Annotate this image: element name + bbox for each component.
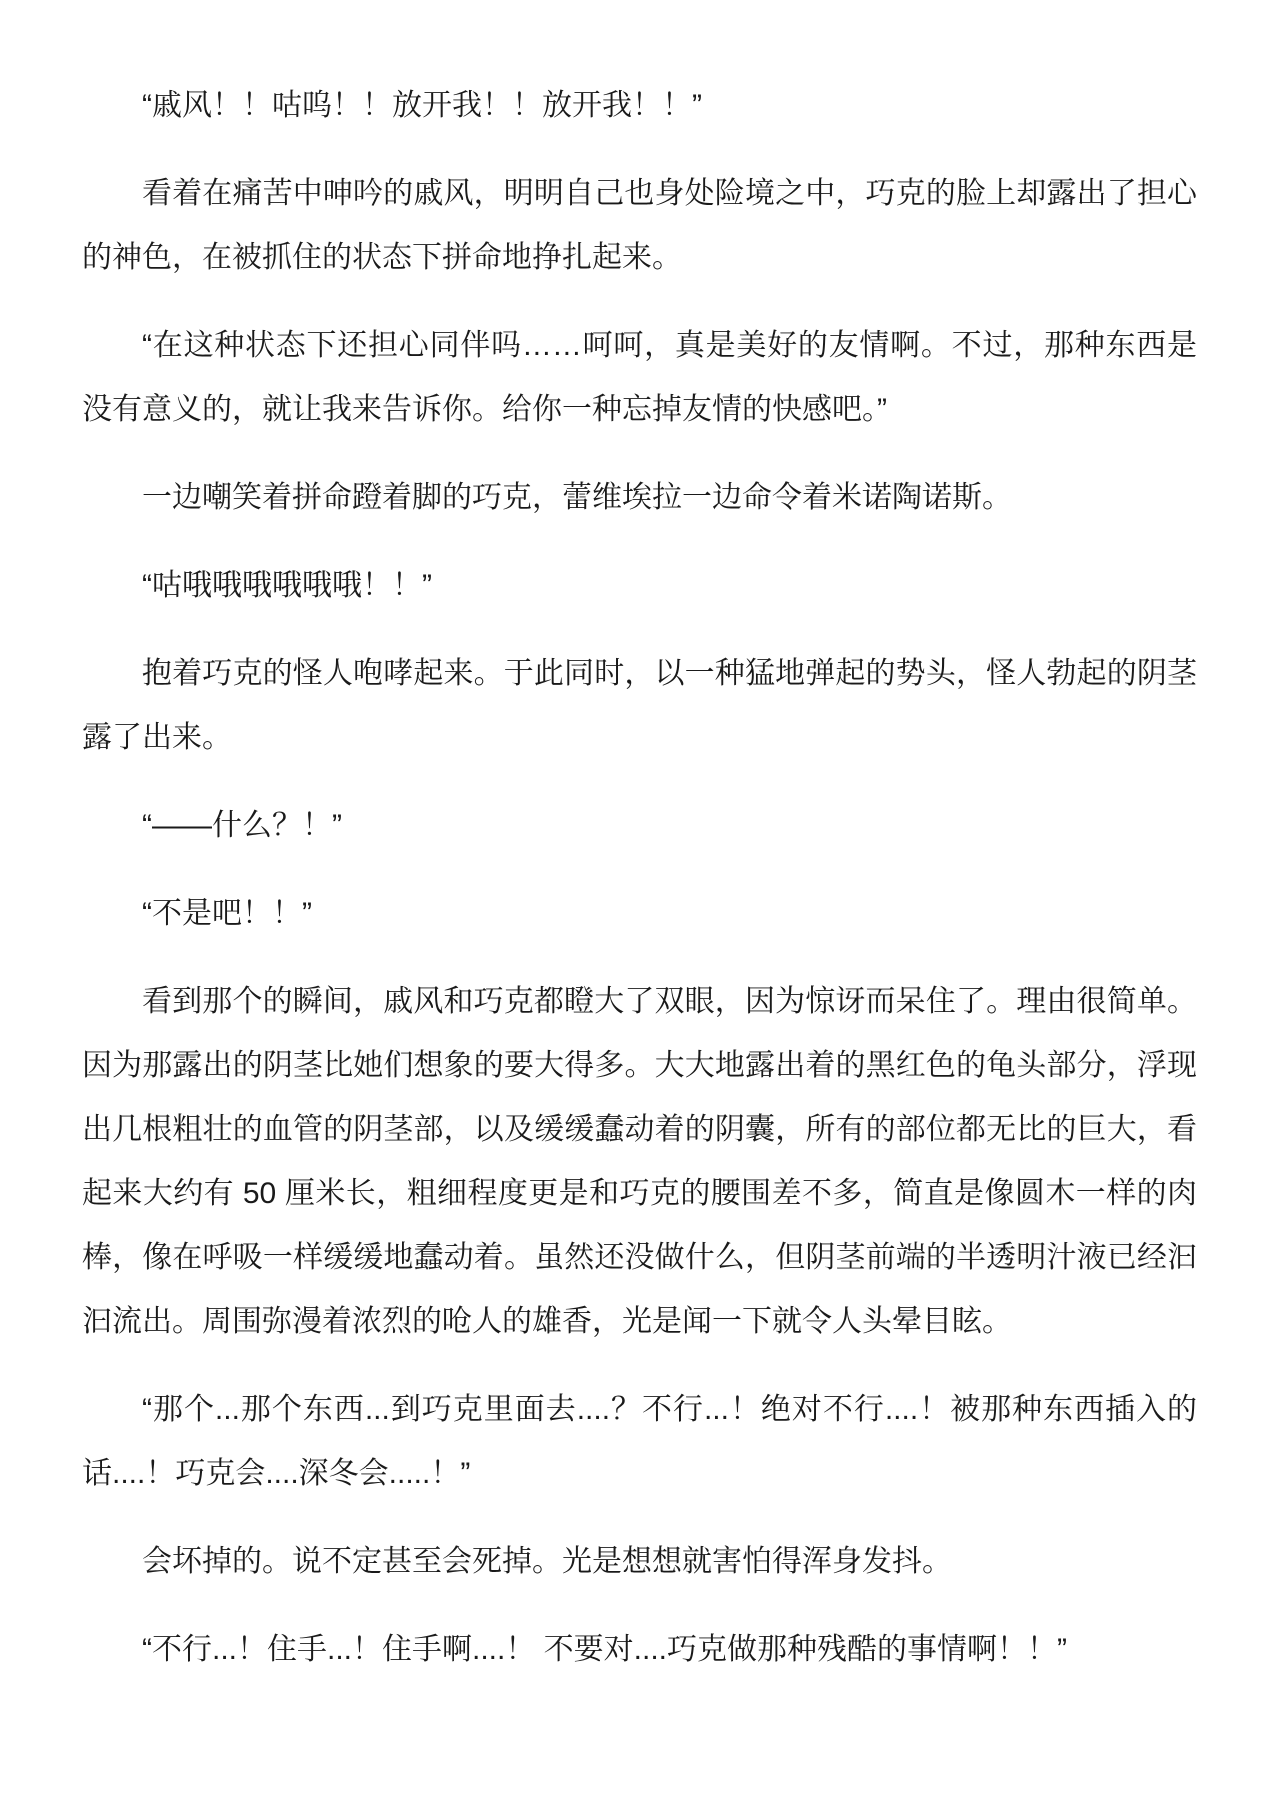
dialogue-paragraph-1: “戚风！！咕呜！！放开我！！放开我！！” [82, 74, 1197, 138]
document-page: “戚风！！咕呜！！放开我！！放开我！！” 看着在痛苦中呻吟的戚风，明明自己也身处… [0, 0, 1280, 1810]
narration-paragraph-4: 一边嘲笑着拼命蹬着脚的巧克，蕾维埃拉一边命令着米诺陶诺斯。 [82, 466, 1197, 530]
narration-paragraph-6: 抱着巧克的怪人咆哮起来。于此同时，以一种猛地弹起的势头，怪人勃起的阴茎露了出来。 [82, 642, 1197, 770]
narration-paragraph-11: 会坏掉的。说不定甚至会死掉。光是想想就害怕得浑身发抖。 [82, 1530, 1197, 1594]
dialogue-paragraph-7: “——什么？！” [82, 794, 1197, 858]
dialogue-paragraph-12: “不行...！住手...！住手啊....！ 不要对....巧克做那种残酷的事情啊… [82, 1618, 1197, 1682]
narration-paragraph-2: 看着在痛苦中呻吟的戚风，明明自己也身处险境之中，巧克的脸上却露出了担心的神色，在… [82, 162, 1197, 290]
dialogue-paragraph-3: “在这种状态下还担心同伴吗……呵呵，真是美好的友情啊。不过，那种东西是没有意义的… [82, 314, 1197, 442]
dialogue-paragraph-8: “不是吧！！” [82, 882, 1197, 946]
dialogue-paragraph-10: “那个...那个东西...到巧克里面去....？不行...！绝对不行....！被… [82, 1378, 1197, 1506]
narration-paragraph-9: 看到那个的瞬间，戚风和巧克都瞪大了双眼，因为惊讶而呆住了。理由很简单。因为那露出… [82, 970, 1197, 1354]
dialogue-paragraph-5: “咕哦哦哦哦哦哦！！” [82, 554, 1197, 618]
